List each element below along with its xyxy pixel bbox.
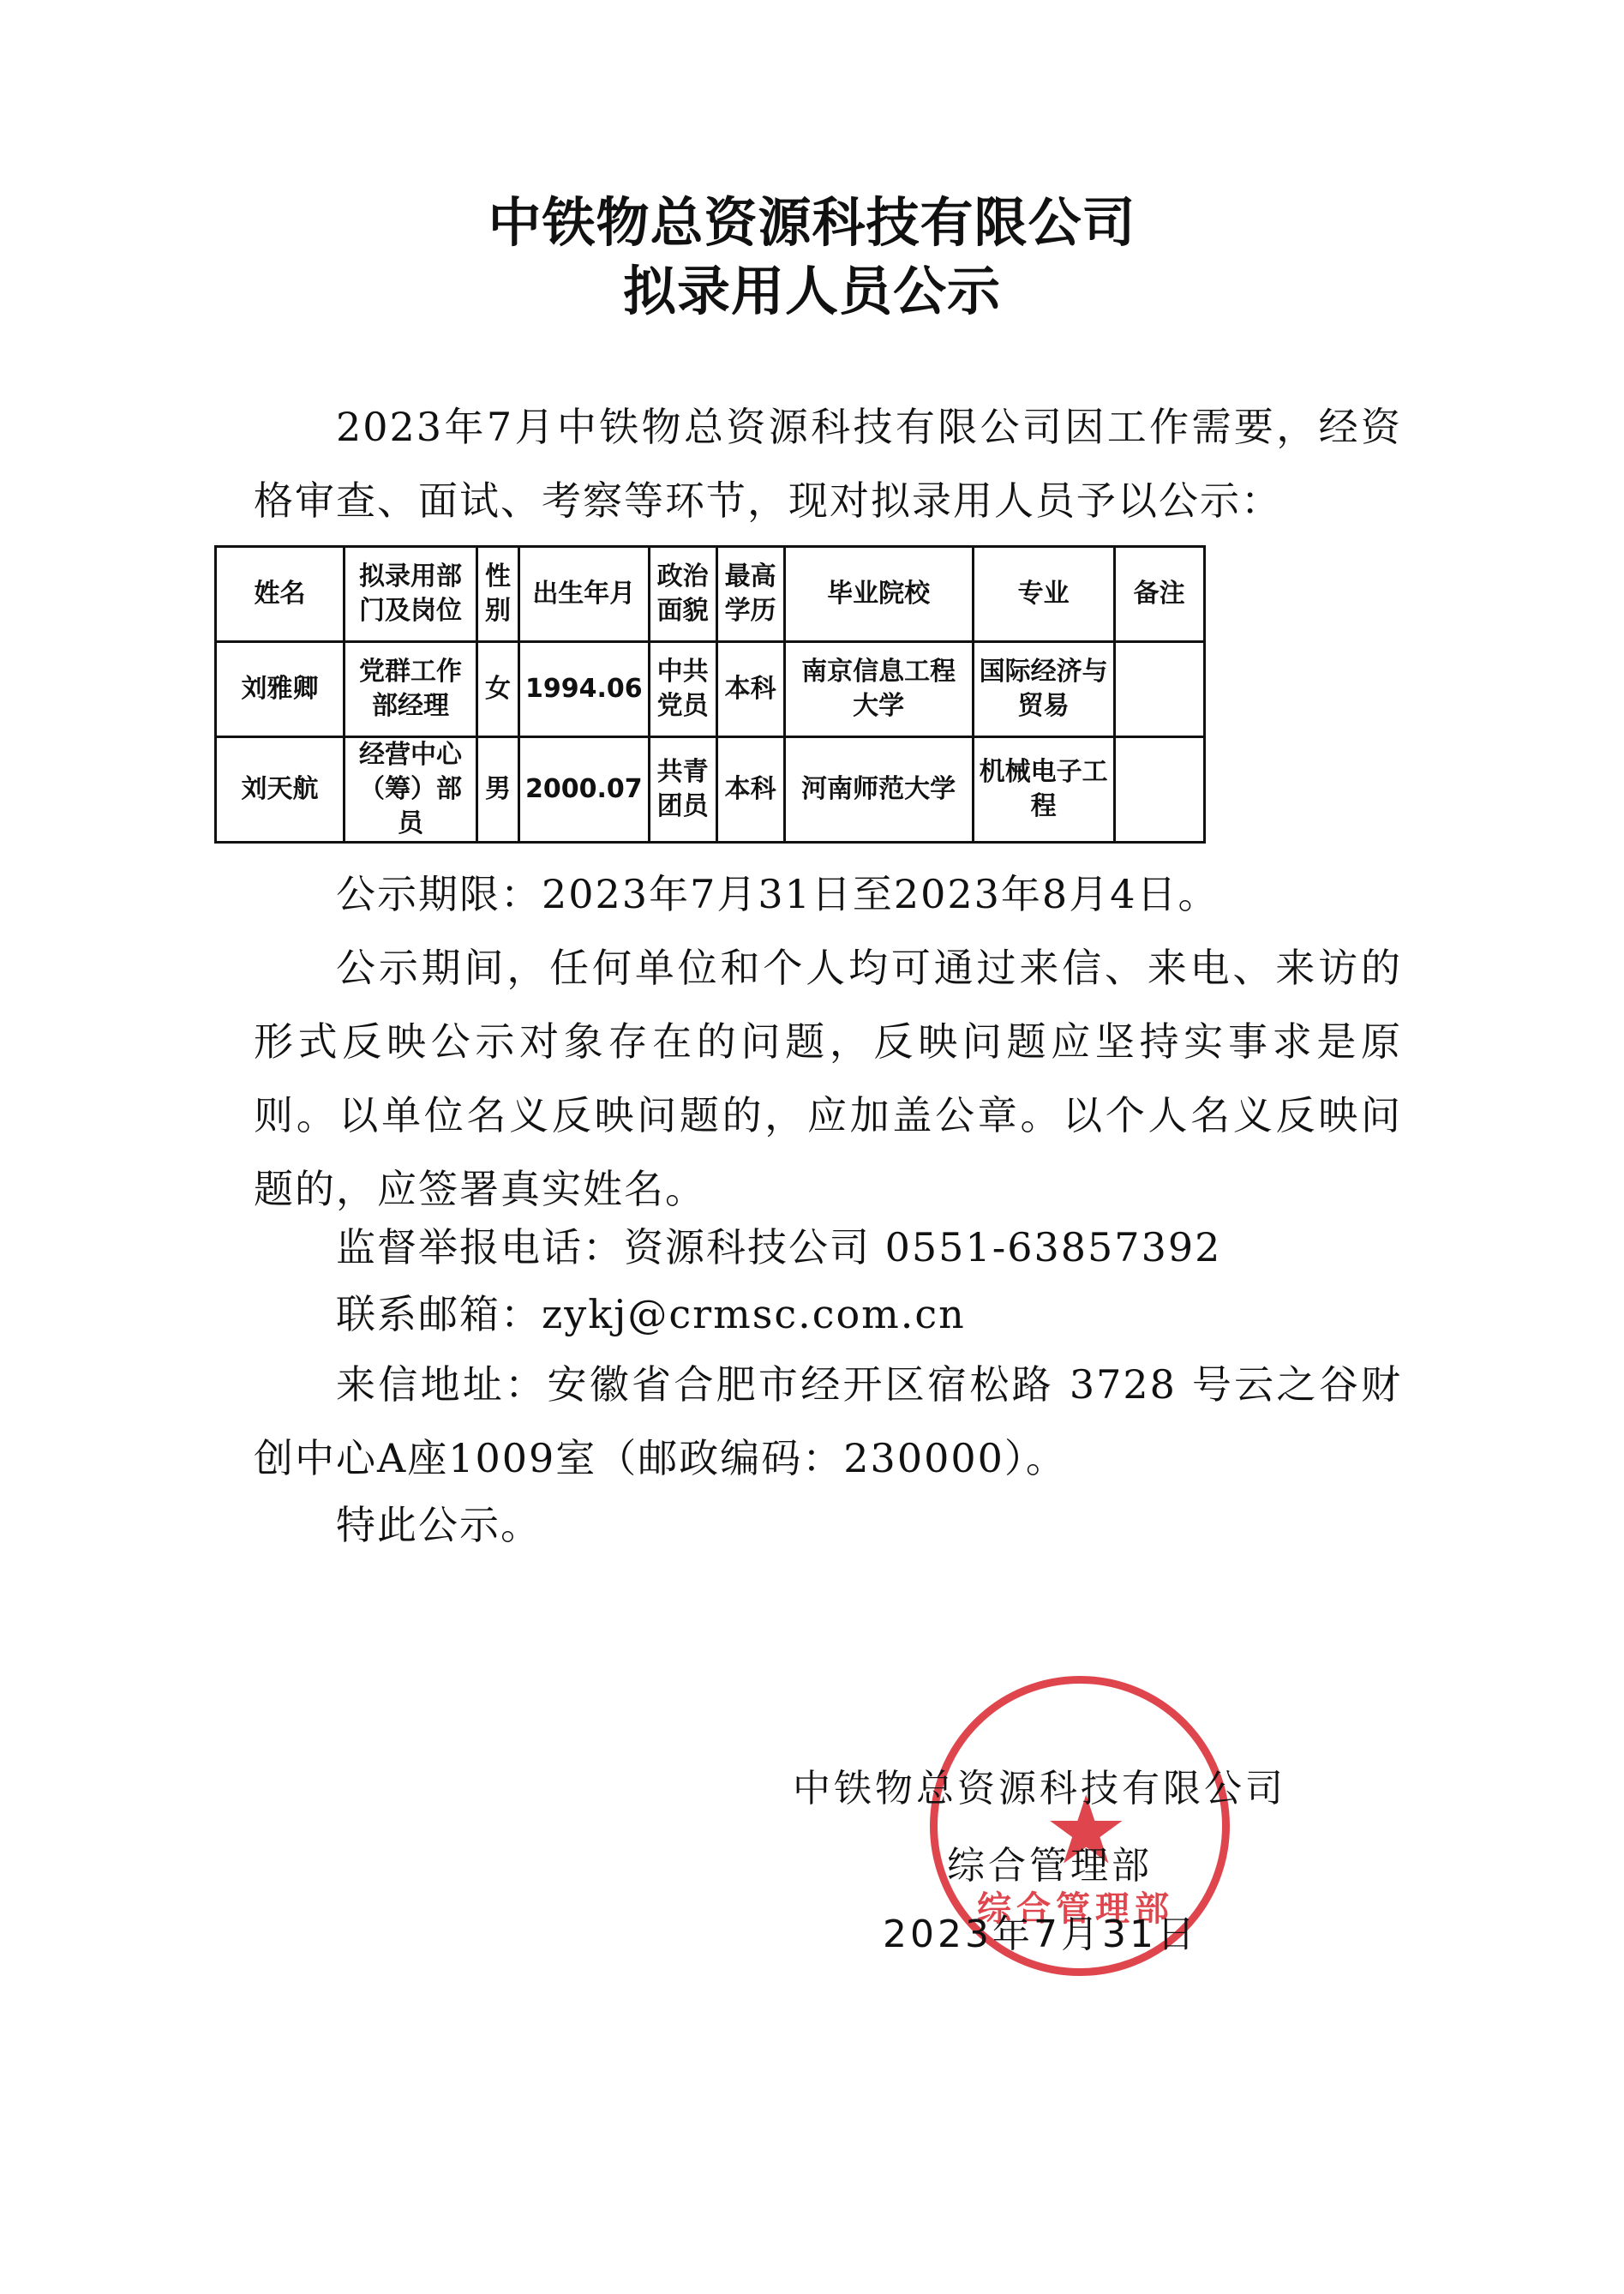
header-birth: 出生年月 [519,547,650,642]
cell-political: 共青团员 [649,737,716,843]
header-education: 最高学历 [716,547,784,642]
cell-remark [1114,642,1204,737]
cell-school: 河南师范大学 [784,737,973,843]
cell-political: 中共党员 [649,642,716,737]
cell-name: 刘雅卿 [216,642,345,737]
cell-gender: 女 [477,642,519,737]
table-row: 刘天航 经营中心（筹）部员 男 2000.07 共青团员 本科 河南师范大学 机… [216,737,1205,843]
header-position: 拟录用部门及岗位 [345,547,477,642]
cell-education: 本科 [716,737,784,843]
signature-date: 2023年7月31日 [883,1903,1198,1958]
header-remark: 备注 [1114,547,1204,642]
table-row: 刘雅卿 党群工作部经理 女 1994.06 中共党员 本科 南京信息工程大学 国… [216,642,1205,737]
document-subtitle: 拟录用人员公示 [0,249,1624,325]
email-text: 联系邮箱：zykj@crmsc.com.cn [254,1277,1402,1351]
header-gender: 性别 [477,547,519,642]
signature-department: 综合管理部 [947,1835,1153,1889]
cell-birth: 1994.06 [519,642,650,737]
phone-text: 监督举报电话：资源科技公司 0551-63857392 [254,1210,1402,1284]
cell-gender: 男 [477,737,519,843]
signature-company: 中铁物总资源科技有限公司 [793,1757,1286,1812]
cell-major: 国际经济与贸易 [973,642,1114,737]
feedback-paragraph: 公示期间，任何单位和个人均可通过来信、来电、来访的形式反映公示对象存在的问题，反… [254,931,1402,1226]
address-text: 来信地址：安徽省合肥市经开区宿松路 3728 号云之谷财创中心A座1009室（邮… [254,1348,1402,1495]
cell-remark [1114,737,1204,843]
cell-position: 党群工作部经理 [345,642,477,737]
intro-paragraph: 2023年7月中铁物总资源科技有限公司因工作需要，经资格审查、面试、考察等环节，… [254,390,1402,537]
cell-major: 机械电子工程 [973,737,1114,843]
table-header-row: 姓名 拟录用部门及岗位 性别 出生年月 政治面貌 最高学历 毕业院校 专业 备注 [216,547,1205,642]
cell-school: 南京信息工程大学 [784,642,973,737]
header-political: 政治面貌 [649,547,716,642]
cell-birth: 2000.07 [519,737,650,843]
header-name: 姓名 [216,547,345,642]
header-major: 专业 [973,547,1114,642]
candidates-table: 姓名 拟录用部门及岗位 性别 出生年月 政治面貌 最高学历 毕业院校 专业 备注… [214,545,1206,844]
cell-name: 刘天航 [216,737,345,843]
period-text: 公示期限：2023年7月31日至2023年8月4日。 [254,857,1402,931]
cell-education: 本科 [716,642,784,737]
document-title: 中铁物总资源科技有限公司 [0,180,1624,256]
header-school: 毕业院校 [784,547,973,642]
cell-position: 经营中心（筹）部员 [345,737,477,843]
closing-text: 特此公示。 [254,1488,1402,1562]
